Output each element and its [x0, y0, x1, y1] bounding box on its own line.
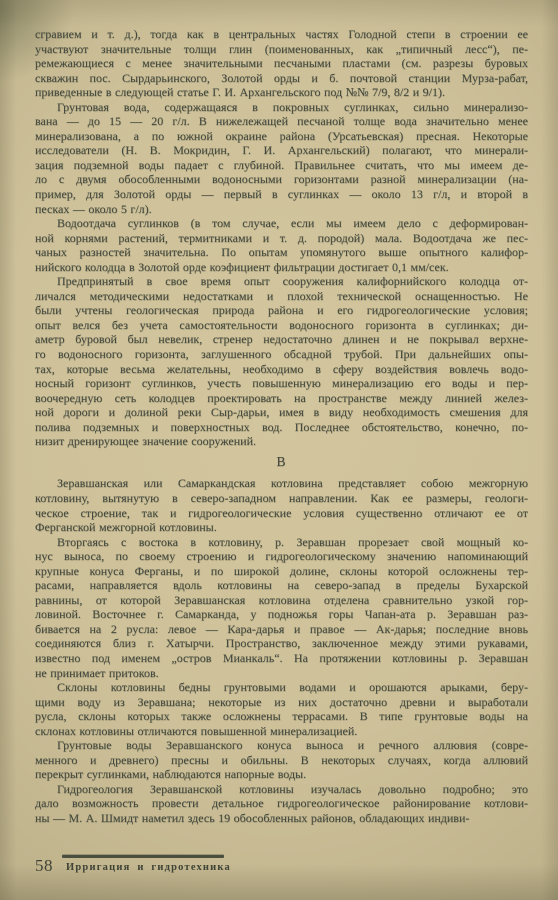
text-line: были учтены геологическая природа района… — [35, 303, 528, 318]
text-line: Вторгаясь с востока в котловину, р. Зера… — [35, 535, 528, 550]
text-line: опыт велся без учета самостоятельности в… — [35, 318, 528, 333]
text-line: личался методическими недостатками и пло… — [35, 289, 528, 304]
text-line: приведенные в следующей статье Г. И. Арх… — [35, 85, 528, 100]
text-line: Ферганской межгорной котловины. — [35, 520, 528, 535]
text-line: полива подземных и поверхностных вод. По… — [35, 420, 528, 435]
page: { "page": { "ink_color": "#454a3e", "pap… — [0, 0, 558, 900]
text-line: нийского колодца в Золотой орде коэфицие… — [35, 260, 528, 275]
text-line: зация подземной воды падает с глубиной. … — [35, 158, 528, 173]
text-line: ческое строение, так и гидрогеологически… — [35, 506, 528, 521]
text-line: расами, направляется вдоль котловины на … — [35, 578, 528, 593]
text-line: Водоотдача суглинков (в том случае, если… — [35, 216, 528, 231]
text-line: перекрыт суглинками, наблюдаются напорны… — [35, 767, 528, 782]
text-line: Грунтовые воды Зеравшанского конуса выно… — [35, 738, 528, 753]
text-line: менного и древнего) пресны и обильны. В … — [35, 753, 528, 768]
text-line: котловину, вытянутую в северо-западном н… — [35, 491, 528, 506]
text-line: равнины, от которой Зеравшанская котлови… — [35, 593, 528, 608]
paragraph: Предпринятый в свое время опыт сооружени… — [35, 274, 528, 449]
text-line: дало возможность провести детальное гидр… — [35, 796, 528, 811]
text-line: ной дороги и долиной реки Сыр-дарьи, име… — [35, 405, 528, 420]
text-line: известно под именем „остров Мианкаль“. Н… — [35, 651, 528, 666]
text-line: ловиной. Восточнее г. Самарканда, у подн… — [35, 607, 528, 622]
text-line: Гидрогеология Зеравшанской котловины изу… — [35, 782, 528, 797]
text-line: ло с двумя обособленными водоносными гор… — [35, 172, 528, 187]
paragraph: Водоотдача суглинков (в том случае, если… — [35, 216, 528, 274]
text-line: пример, для Золотой орды — первый в сугл… — [35, 187, 528, 202]
text-line: исследователи (Н. В. Мокридин, Г. И. Арх… — [35, 143, 528, 158]
text-line: не принимает притоков. — [35, 666, 528, 681]
text-line: Предпринятый в свое время опыт сооружени… — [35, 274, 528, 289]
text-line: песках — около 5 г/л). — [35, 202, 528, 217]
text-line: носный горизонт суглинков, учесть повыше… — [35, 376, 528, 391]
text-line: сгравием и т. д.), тогда как в центральн… — [35, 27, 528, 42]
section-heading: В — [35, 449, 528, 477]
text-line: Склоны котловины бедны грунтовыми водами… — [35, 680, 528, 695]
footer-rule — [62, 855, 224, 858]
text-line: щими воду из Зеравшана; некоторые из них… — [35, 695, 528, 710]
text-line: нус выноса, по своему строению и гидроге… — [35, 549, 528, 564]
text-line: тах, которые весьма желательны, необходи… — [35, 362, 528, 377]
paragraph: Грунтовые воды Зеравшанского конуса выно… — [35, 738, 528, 782]
text-line: го водоносного горизонта, заглушенного о… — [35, 347, 528, 362]
text-line: скважин пос. Сырдарьинского, Золотой орд… — [35, 71, 528, 86]
text-line: русла, склоны которых также осложнены те… — [35, 709, 528, 724]
text-line: воочередную сеть колодцев проектировать … — [35, 391, 528, 406]
running-title: Ирригация и гидротехника — [62, 862, 231, 873]
paragraph: Грунтовая вода, содержащаяся в покровных… — [35, 100, 528, 216]
text-column: сгравием и т. д.), тогда как в центральн… — [35, 27, 528, 826]
text-line: ной корнями растений, термитниками и т. … — [35, 231, 528, 246]
text-line: ремежающиеся с менее значительными песча… — [35, 56, 528, 71]
paragraph: Зеравшанская или Самаркандская котловина… — [35, 476, 528, 534]
text-line: склонах котловины отличаются повышенной … — [35, 724, 528, 739]
text-line: низит дренирующее значение сооружений. — [35, 434, 528, 449]
paragraph: Гидрогеология Зеравшанской котловины изу… — [35, 782, 528, 826]
paragraph: сгравием и т. д.), тогда как в центральн… — [35, 27, 528, 100]
running-title-block: Ирригация и гидротехника — [62, 855, 231, 873]
text-line: вана — до 15 — 20 г/л. В нижележащей пес… — [35, 114, 528, 129]
text-line: Грунтовая вода, содержащаяся в покровных… — [35, 100, 528, 115]
text-line: крупные конуса Ферганы, и по широкой дол… — [35, 564, 528, 579]
text-line: чаных разностей значительна. По опытам у… — [35, 245, 528, 260]
text-line: аметр буровой был невелик, стренер недос… — [35, 332, 528, 347]
text-line: бивается на 2 русла: левое — Кара-дарья … — [35, 622, 528, 637]
paragraph: Склоны котловины бедны грунтовыми водами… — [35, 680, 528, 738]
text-line: ны — М. А. Шмидт наметил здесь 19 обособ… — [35, 811, 528, 826]
text-line: участвуют значительные толщи глин (поиме… — [35, 42, 528, 57]
text-line: соединяются близ г. Хатырчи. Пространств… — [35, 636, 528, 651]
paragraph: Вторгаясь с востока в котловину, р. Зера… — [35, 535, 528, 680]
text-line: минерализована, а по южной окраине район… — [35, 129, 528, 144]
page-number: 58 — [35, 856, 53, 876]
text-line: Зеравшанская или Самаркандская котловина… — [35, 476, 528, 491]
